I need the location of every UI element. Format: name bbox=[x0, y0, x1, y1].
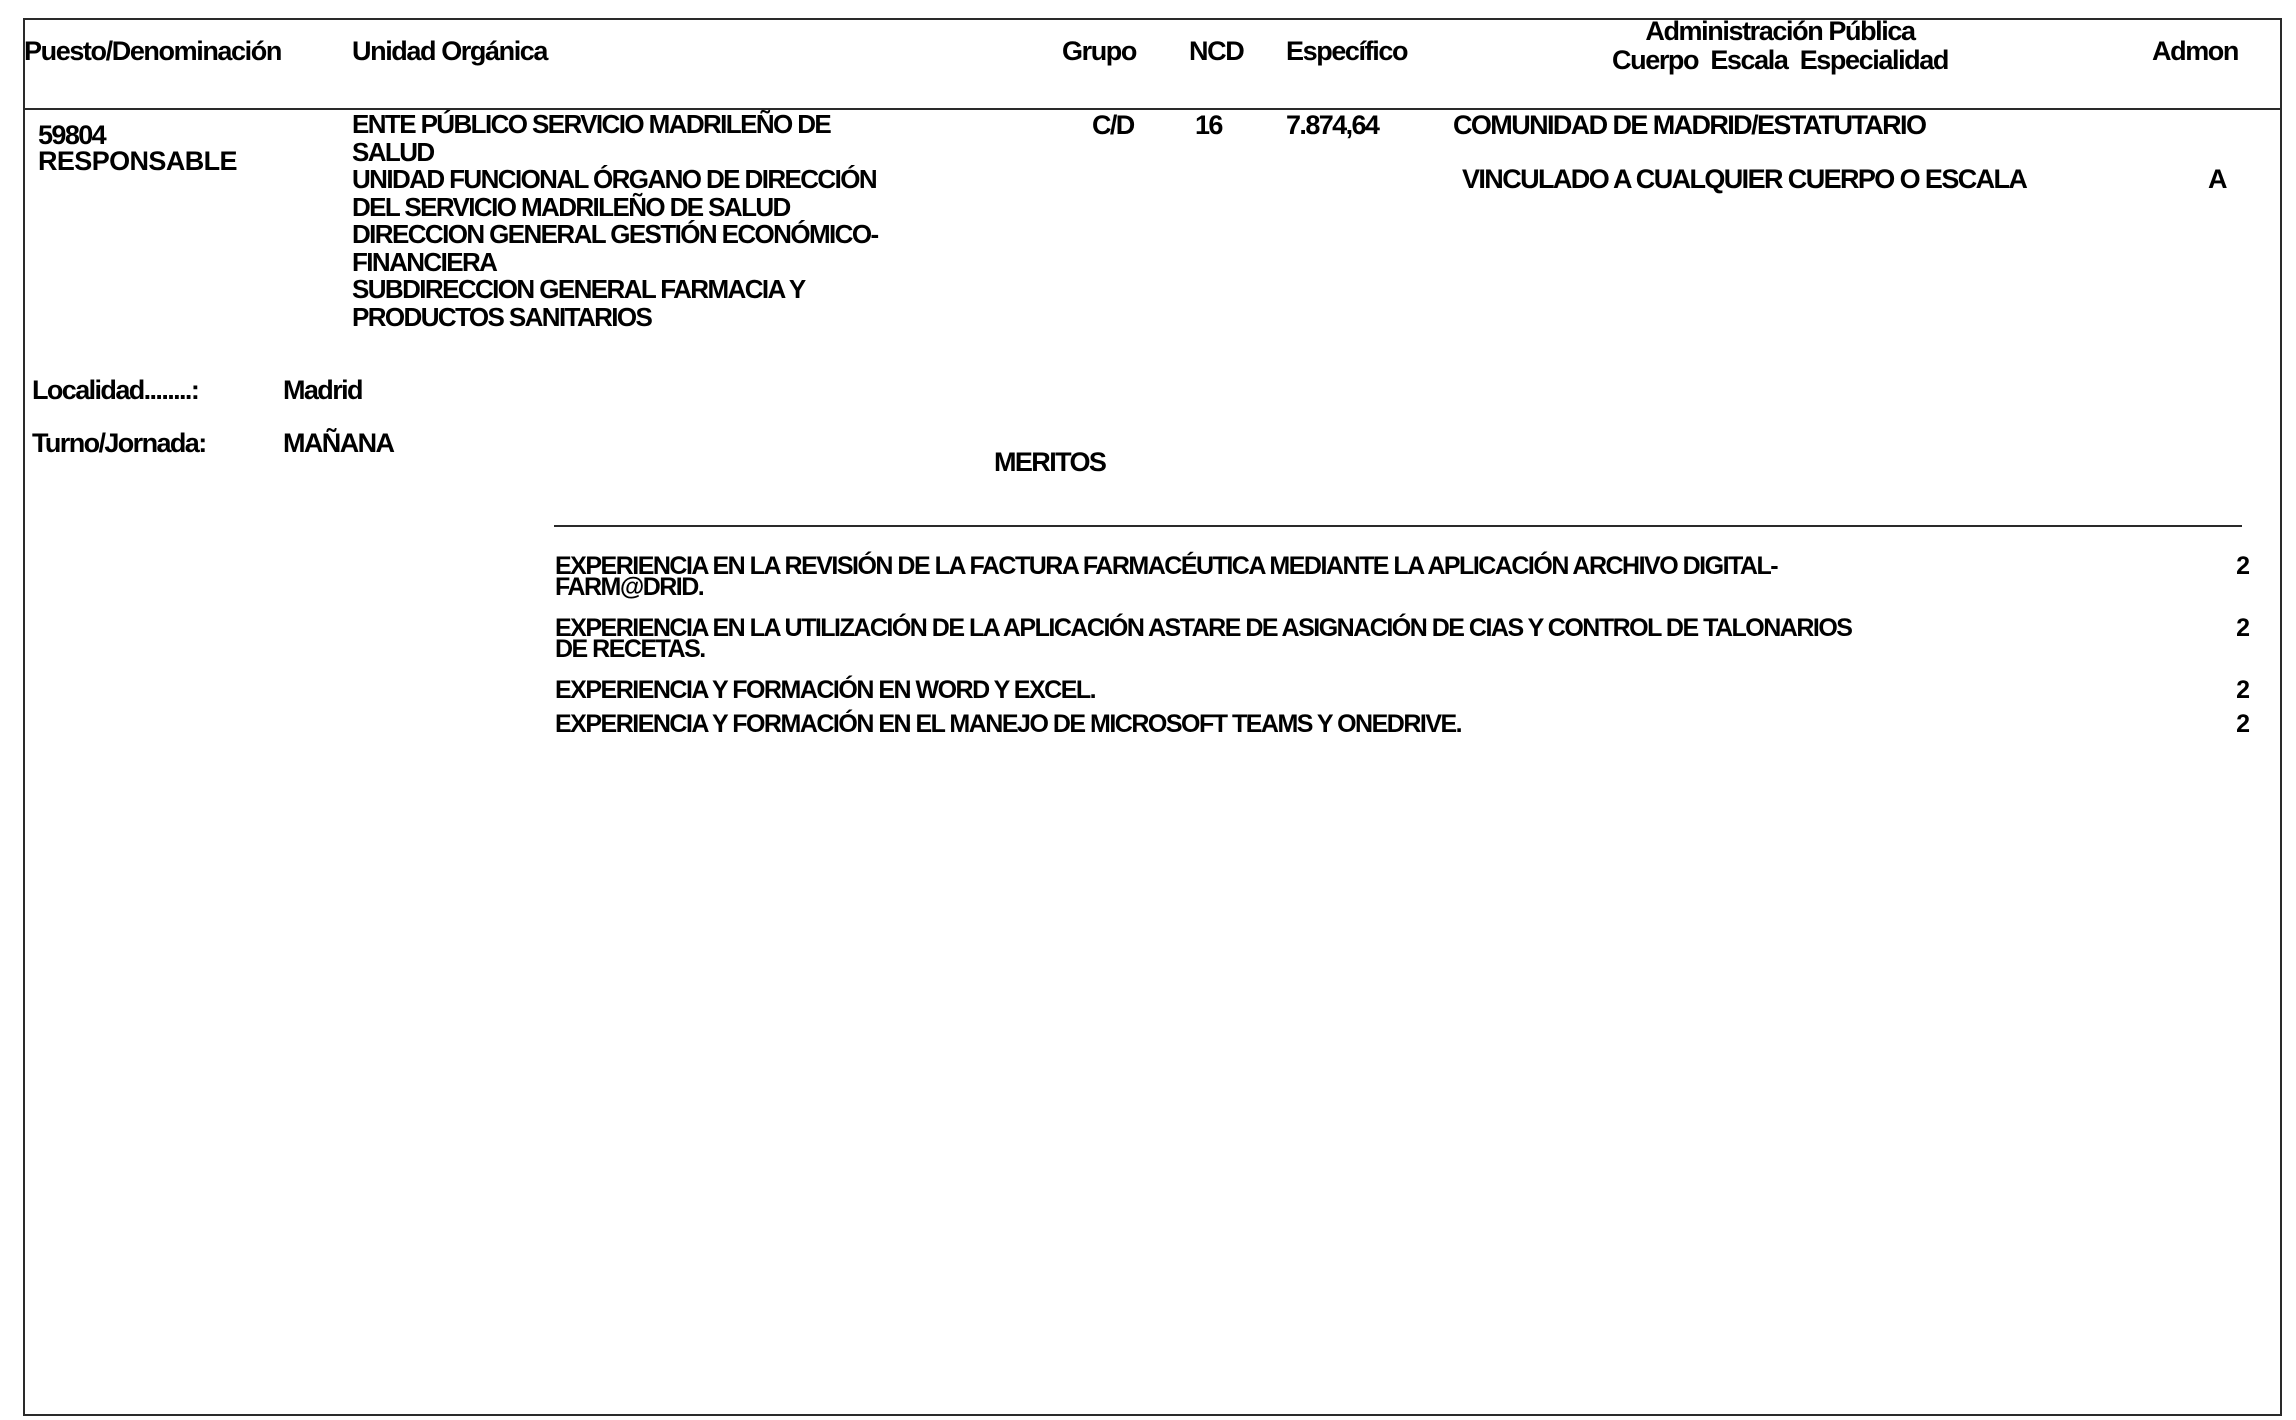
header-especifico: Específico bbox=[1286, 38, 1407, 65]
merito-points: 2 bbox=[2236, 714, 2250, 735]
row-ncd: 16 bbox=[1195, 112, 1222, 139]
row-grupo: C/D bbox=[1092, 112, 1134, 139]
header-cuerpo-escala: Cuerpo Escala Especialidad bbox=[1560, 47, 2000, 74]
unidad-organica-line: UNIDAD FUNCIONAL ÓRGANO DE DIRECCIÓN bbox=[352, 166, 878, 194]
row-cuerpo: VINCULADO A CUALQUIER CUERPO O ESCALA bbox=[1462, 166, 2026, 193]
meritos-title: MERITOS bbox=[994, 449, 1105, 476]
header-admon: Admon bbox=[2152, 38, 2238, 65]
unidad-organica: ENTE PÚBLICO SERVICIO MADRILEÑO DESALUDU… bbox=[352, 111, 878, 331]
merito-item: EXPERIENCIA Y FORMACIÓN EN WORD Y EXCEL.… bbox=[555, 680, 2255, 701]
header-unidad: Unidad Orgánica bbox=[352, 38, 547, 65]
merito-text: EXPERIENCIA Y FORMACIÓN EN EL MANEJO DE … bbox=[555, 714, 1855, 735]
localidad-label: Localidad........: bbox=[32, 377, 198, 404]
header-grupo: Grupo bbox=[1062, 38, 1136, 65]
unidad-organica-line: SUBDIRECCION GENERAL FARMACIA Y bbox=[352, 276, 878, 304]
merito-text: EXPERIENCIA EN LA REVISIÓN DE LA FACTURA… bbox=[555, 556, 1855, 598]
puesto-codigo: 59804 bbox=[38, 122, 105, 149]
turno-label: Turno/Jornada: bbox=[32, 430, 206, 457]
turno-value: MAÑANA bbox=[283, 430, 393, 457]
merito-item: EXPERIENCIA EN LA REVISIÓN DE LA FACTURA… bbox=[555, 556, 2255, 598]
localidad-value: Madrid bbox=[283, 377, 362, 404]
merito-text: EXPERIENCIA EN LA UTILIZACIÓN DE LA APLI… bbox=[555, 618, 1855, 660]
merito-item: EXPERIENCIA Y FORMACIÓN EN EL MANEJO DE … bbox=[555, 714, 2255, 735]
merito-points: 2 bbox=[2236, 556, 2250, 577]
meritos-list: EXPERIENCIA EN LA REVISIÓN DE LA FACTURA… bbox=[555, 556, 2255, 748]
unidad-organica-line: ENTE PÚBLICO SERVICIO MADRILEÑO DE bbox=[352, 111, 878, 139]
unidad-organica-line: DEL SERVICIO MADRILEÑO DE SALUD bbox=[352, 194, 878, 222]
puesto-denominacion: RESPONSABLE bbox=[38, 148, 237, 175]
header-puesto: Puesto/Denominación bbox=[24, 38, 281, 65]
unidad-organica-line: FINANCIERA bbox=[352, 249, 878, 277]
merito-points: 2 bbox=[2236, 680, 2250, 701]
merito-item: EXPERIENCIA EN LA UTILIZACIÓN DE LA APLI… bbox=[555, 618, 2255, 660]
header-administracion: Administración Pública bbox=[1560, 18, 2000, 45]
unidad-organica-line: SALUD bbox=[352, 139, 878, 167]
unidad-organica-line: PRODUCTOS SANITARIOS bbox=[352, 304, 878, 332]
merito-points: 2 bbox=[2236, 618, 2250, 639]
row-admon: A bbox=[2208, 166, 2226, 193]
merito-text: EXPERIENCIA Y FORMACIÓN EN WORD Y EXCEL. bbox=[555, 680, 1855, 701]
row-administracion: COMUNIDAD DE MADRID/ESTATUTARIO bbox=[1453, 112, 1925, 139]
unidad-organica-line: DIRECCION GENERAL GESTIÓN ECONÓMICO- bbox=[352, 221, 878, 249]
meritos-divider bbox=[554, 525, 2242, 527]
header-ncd: NCD bbox=[1189, 38, 1243, 65]
row-especifico: 7.874,64 bbox=[1286, 112, 1378, 139]
